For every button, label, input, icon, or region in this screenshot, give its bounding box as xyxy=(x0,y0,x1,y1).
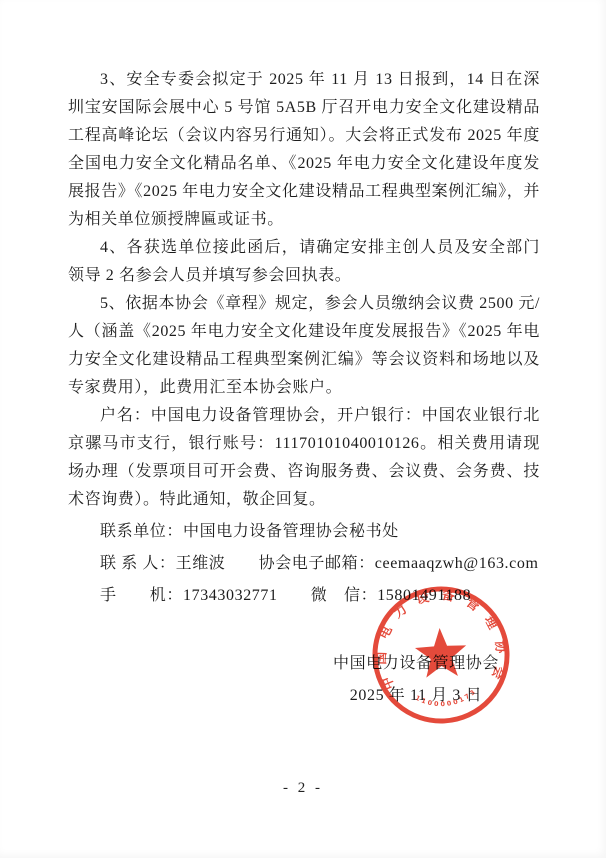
paragraph-item-5: 5、依据本协会《章程》规定，参会人员缴纳会议费 2500 元/人（涵盖《2025… xyxy=(68,290,540,402)
paragraph-item-4: 4、各获选单位接此函后，请确定安排主创人员及安全部门领导 2 名参会人员并填写参… xyxy=(68,234,540,290)
paragraph-bank-account: 户名：中国电力设备管理协会，开户银行：中国农业银行北京骡马市支行，银行账号：11… xyxy=(68,402,540,514)
official-seal: 中国电力设备管理协会 1100000173057 xyxy=(366,580,515,729)
page-number: - 2 - xyxy=(0,780,606,797)
seal-star-icon xyxy=(414,627,468,678)
letter-body: 3、安全专委会拟定于 2025 年 11 月 13 日报到，14 日在深圳宝安国… xyxy=(68,66,540,612)
contact-unit-line: 联系单位：中国电力设备管理协会秘书处 xyxy=(68,516,540,548)
paragraph-item-3: 3、安全专委会拟定于 2025 年 11 月 13 日报到，14 日在深圳宝安国… xyxy=(68,66,540,234)
seal-graphic: 中国电力设备管理协会 1100000173057 xyxy=(366,580,515,729)
document-page: 3、安全专委会拟定于 2025 年 11 月 13 日报到，14 日在深圳宝安国… xyxy=(0,0,606,858)
contact-person-line: 联 系 人：王维波 协会电子邮箱：ceemaaqzwh@163.com xyxy=(68,548,540,580)
